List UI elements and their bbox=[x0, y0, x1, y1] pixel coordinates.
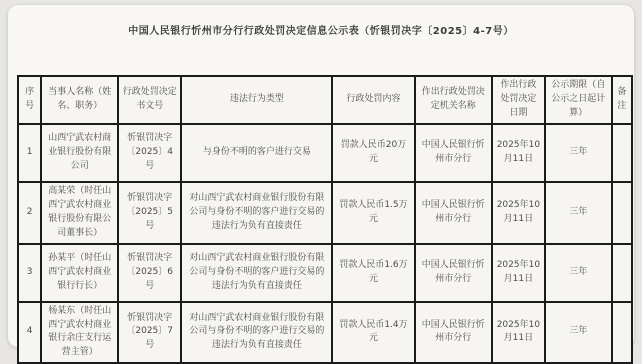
cell-remark bbox=[612, 244, 632, 302]
header-decision-date: 作出行政处罚决定日期 bbox=[492, 76, 545, 124]
cell-penalty: 罚款人民币20万元 bbox=[332, 124, 414, 182]
header-doc-no: 行政处罚决定书文号 bbox=[118, 76, 181, 124]
cell-penalty: 罚款人民币1.6万元 bbox=[332, 244, 414, 302]
cell-doc-no: 忻银罚决字〔2025〕7号 bbox=[118, 302, 181, 356]
header-publicity-period: 公示期限（自公示之日起计算） bbox=[545, 76, 612, 124]
cell-violation-type: 对山西宁武农村商业银行股份有限公司与身份不明的客户进行交易的违法行为负有直接责任 bbox=[181, 182, 332, 244]
cell-doc-no: 忻银罚决字〔2025〕6号 bbox=[118, 244, 181, 302]
cell-seq: 3 bbox=[18, 244, 41, 302]
cell-decision-date: 2025年10月11日 bbox=[492, 244, 545, 302]
table-row: 2高某荣（时任山西宁武农村商业银行股份有限公司董事长）忻银罚决字〔2025〕5号… bbox=[18, 182, 632, 244]
penalty-table: 序号 当事人名称（姓名、职务） 行政处罚决定书文号 违法行为类型 行政处罚内容 … bbox=[17, 75, 633, 356]
cell-authority: 中国人民银行忻州市分行 bbox=[415, 124, 492, 182]
cell-decision-date: 2025年10月11日 bbox=[492, 302, 545, 356]
cell-seq: 4 bbox=[18, 302, 41, 356]
header-party: 当事人名称（姓名、职务） bbox=[41, 76, 118, 124]
header-penalty: 行政处罚内容 bbox=[332, 76, 414, 124]
header-seq: 序号 bbox=[18, 76, 41, 124]
cell-publicity-period: 三年 bbox=[545, 182, 612, 244]
cell-publicity-period: 三年 bbox=[545, 244, 612, 302]
cell-doc-no: 忻银罚决字〔2025〕4号 bbox=[118, 124, 181, 182]
cell-authority: 中国人民银行忻州市分行 bbox=[415, 182, 492, 244]
cell-party: 高某荣（时任山西宁武农村商业银行股份有限公司董事长） bbox=[41, 182, 118, 244]
cell-publicity-period: 三年 bbox=[545, 124, 612, 182]
cell-remark bbox=[612, 182, 632, 244]
cell-remark bbox=[612, 124, 632, 182]
cell-penalty: 罚款人民币1.5万元 bbox=[332, 182, 414, 244]
table-row: 1山西宁武农村商业银行股份有限公司忻银罚决字〔2025〕4号与身份不明的客户进行… bbox=[18, 124, 632, 182]
cell-violation-type: 对山西宁武农村商业银行股份有限公司与身份不明的客户进行交易的违法行为负有直接责任 bbox=[181, 302, 332, 356]
cell-seq: 2 bbox=[18, 182, 41, 244]
cell-doc-no: 忻银罚决字〔2025〕5号 bbox=[118, 182, 181, 244]
table-row: 3孙某平（时任山西宁武农村商业银行行长）忻银罚决字〔2025〕6号对山西宁武农村… bbox=[18, 244, 632, 302]
cell-authority: 中国人民银行忻州市分行 bbox=[415, 302, 492, 356]
document-card: 中国人民银行忻州市分行行政处罚决定信息公示表（忻银罚决字〔2025〕4-7号） … bbox=[8, 5, 634, 347]
cell-publicity-period: 三年 bbox=[545, 302, 612, 356]
header-authority: 作出行政处罚决定机关名称 bbox=[415, 76, 492, 124]
table-header-row: 序号 当事人名称（姓名、职务） 行政处罚决定书文号 违法行为类型 行政处罚内容 … bbox=[18, 76, 632, 124]
cell-party: 山西宁武农村商业银行股份有限公司 bbox=[41, 124, 118, 182]
cell-decision-date: 2025年10月11日 bbox=[492, 182, 545, 244]
cell-seq: 1 bbox=[18, 124, 41, 182]
cell-violation-type: 与身份不明的客户进行交易 bbox=[181, 124, 332, 182]
cell-authority: 中国人民银行忻州市分行 bbox=[415, 244, 492, 302]
table-row: 4杨某东（时任山西宁武农村商业银行余庄支行运营主管）忻银罚决字〔2025〕7号对… bbox=[18, 302, 632, 356]
cell-violation-type: 对山西宁武农村商业银行股份有限公司与身份不明的客户进行交易的违法行为负有直接责任 bbox=[181, 244, 332, 302]
cell-party: 孙某平（时任山西宁武农村商业银行行长） bbox=[41, 244, 118, 302]
page-title: 中国人民银行忻州市分行行政处罚决定信息公示表（忻银罚决字〔2025〕4-7号） bbox=[8, 22, 634, 37]
header-violation-type: 违法行为类型 bbox=[181, 76, 332, 124]
penalty-table-body: 1山西宁武农村商业银行股份有限公司忻银罚决字〔2025〕4号与身份不明的客户进行… bbox=[18, 124, 632, 356]
cell-remark bbox=[612, 302, 632, 356]
cell-penalty: 罚款人民币1.4万元 bbox=[332, 302, 414, 356]
cell-party: 杨某东（时任山西宁武农村商业银行余庄支行运营主管） bbox=[41, 302, 118, 356]
cell-decision-date: 2025年10月11日 bbox=[492, 124, 545, 182]
header-remark: 备注 bbox=[612, 76, 632, 124]
